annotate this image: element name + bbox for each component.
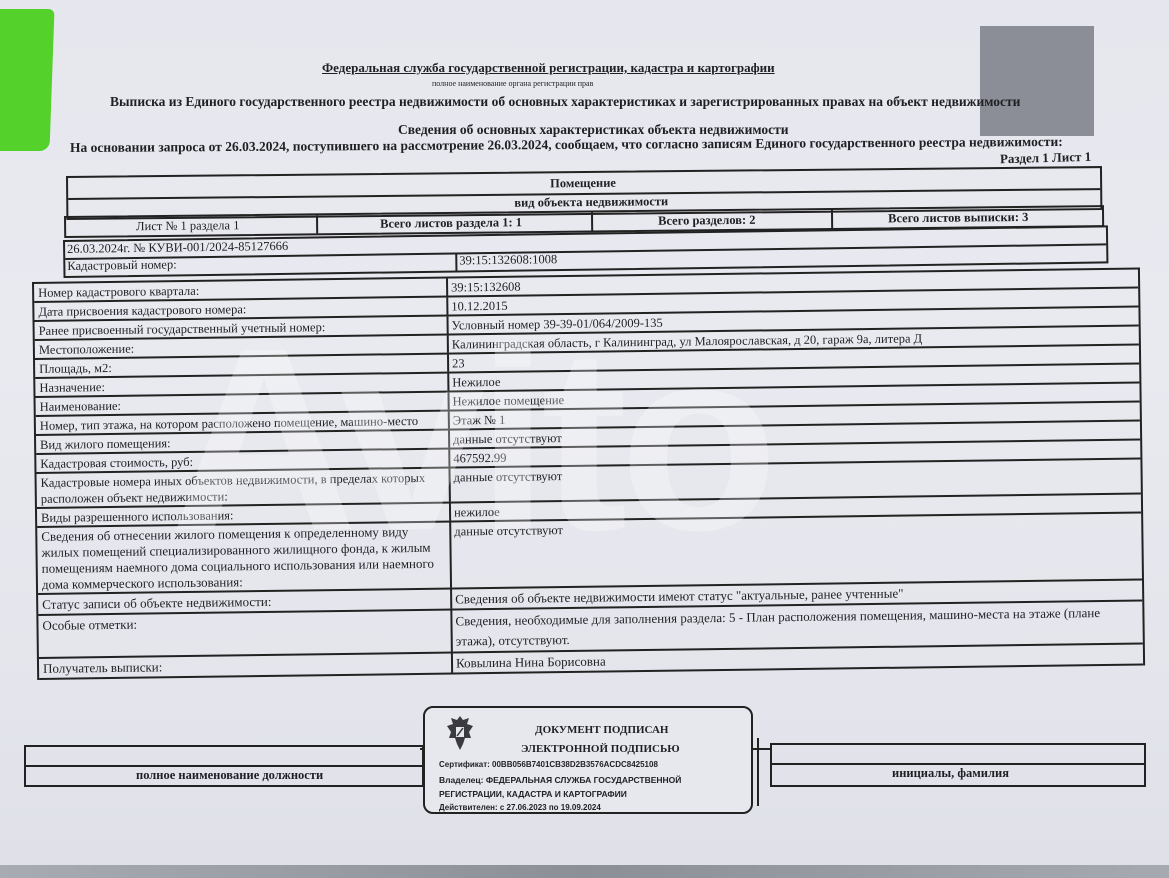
agency-name: Федеральная служба государственной регис… (322, 60, 775, 76)
agency-caption: полное наименование органа регистрации п… (432, 79, 593, 88)
coat-of-arms-icon (445, 714, 475, 752)
cadastral-number-value: 39:15:132608:1008 (459, 252, 557, 268)
cadastral-number-label: Кадастровый номер: (67, 257, 176, 274)
signature-title-2: ЭЛЕКТРОННОЙ ПОДПИСЬЮ (521, 743, 680, 755)
name-caption: инициалы, фамилия (892, 766, 1009, 781)
signature-validity: Действителен: с 27.06.2023 по 19.09.2024 (439, 803, 601, 812)
row-label: Статус записи об объекте недвижимости: (38, 590, 452, 614)
footer-separator (757, 738, 759, 806)
characteristics-table: Номер кадастрового квартала:39:15:132608… (32, 267, 1145, 679)
total-sheets-section: Всего листов раздела 1: 1 (380, 215, 522, 231)
background-surface (0, 865, 1169, 878)
document-title: Выписка из Единого государственного реес… (110, 94, 1020, 110)
row-label: Особые отметки: (38, 611, 453, 657)
section-sheet-label: Раздел 1 Лист 1 (1000, 149, 1092, 167)
object-type: Помещение (550, 176, 616, 192)
position-caption: полное наименование должности (136, 768, 323, 783)
row-label: Сведения об отнесении жилого помещения к… (37, 523, 452, 593)
green-sticker (0, 9, 54, 151)
signature-title-1: ДОКУМЕНТ ПОДПИСАН (535, 724, 668, 736)
object-type-caption: вид объекта недвижимости (514, 194, 668, 210)
position-field: полное наименование должности (24, 745, 424, 787)
row-label: Получатель выписки: (39, 654, 453, 678)
redacted-qr-code (980, 26, 1094, 136)
total-sheets-extract: Всего листов выписки: 3 (888, 210, 1028, 226)
electronic-signature-stamp: ДОКУМЕНТ ПОДПИСАН ЭЛЕКТРОННОЙ ПОДПИСЬЮ С… (423, 706, 753, 814)
signature-owner: Владелец: ФЕДЕРАЛЬНАЯ СЛУЖБА ГОСУДАРСТВЕ… (439, 775, 681, 785)
sheet-number: Лист № 1 раздела 1 (136, 218, 239, 234)
total-sections: Всего разделов: 2 (658, 213, 756, 229)
row-value: данные отсутствуют (451, 514, 1142, 588)
signature-owner-2: РЕГИСТРАЦИИ, КАДАСТРА И КАРТОГРАФИИ (439, 789, 627, 799)
request-number: 26.03.2024г. № КУВИ-001/2024-85127666 (67, 239, 288, 257)
name-field: инициалы, фамилия (770, 743, 1146, 787)
row-label: Кадастровые номера иных объектов недвижи… (37, 469, 451, 507)
row-value: Сведения, необходимые для заполнения раз… (452, 601, 1142, 651)
signature-certificate: Сертификат: 00BB056B7401CB38D2B3576ACDC8… (439, 760, 658, 769)
